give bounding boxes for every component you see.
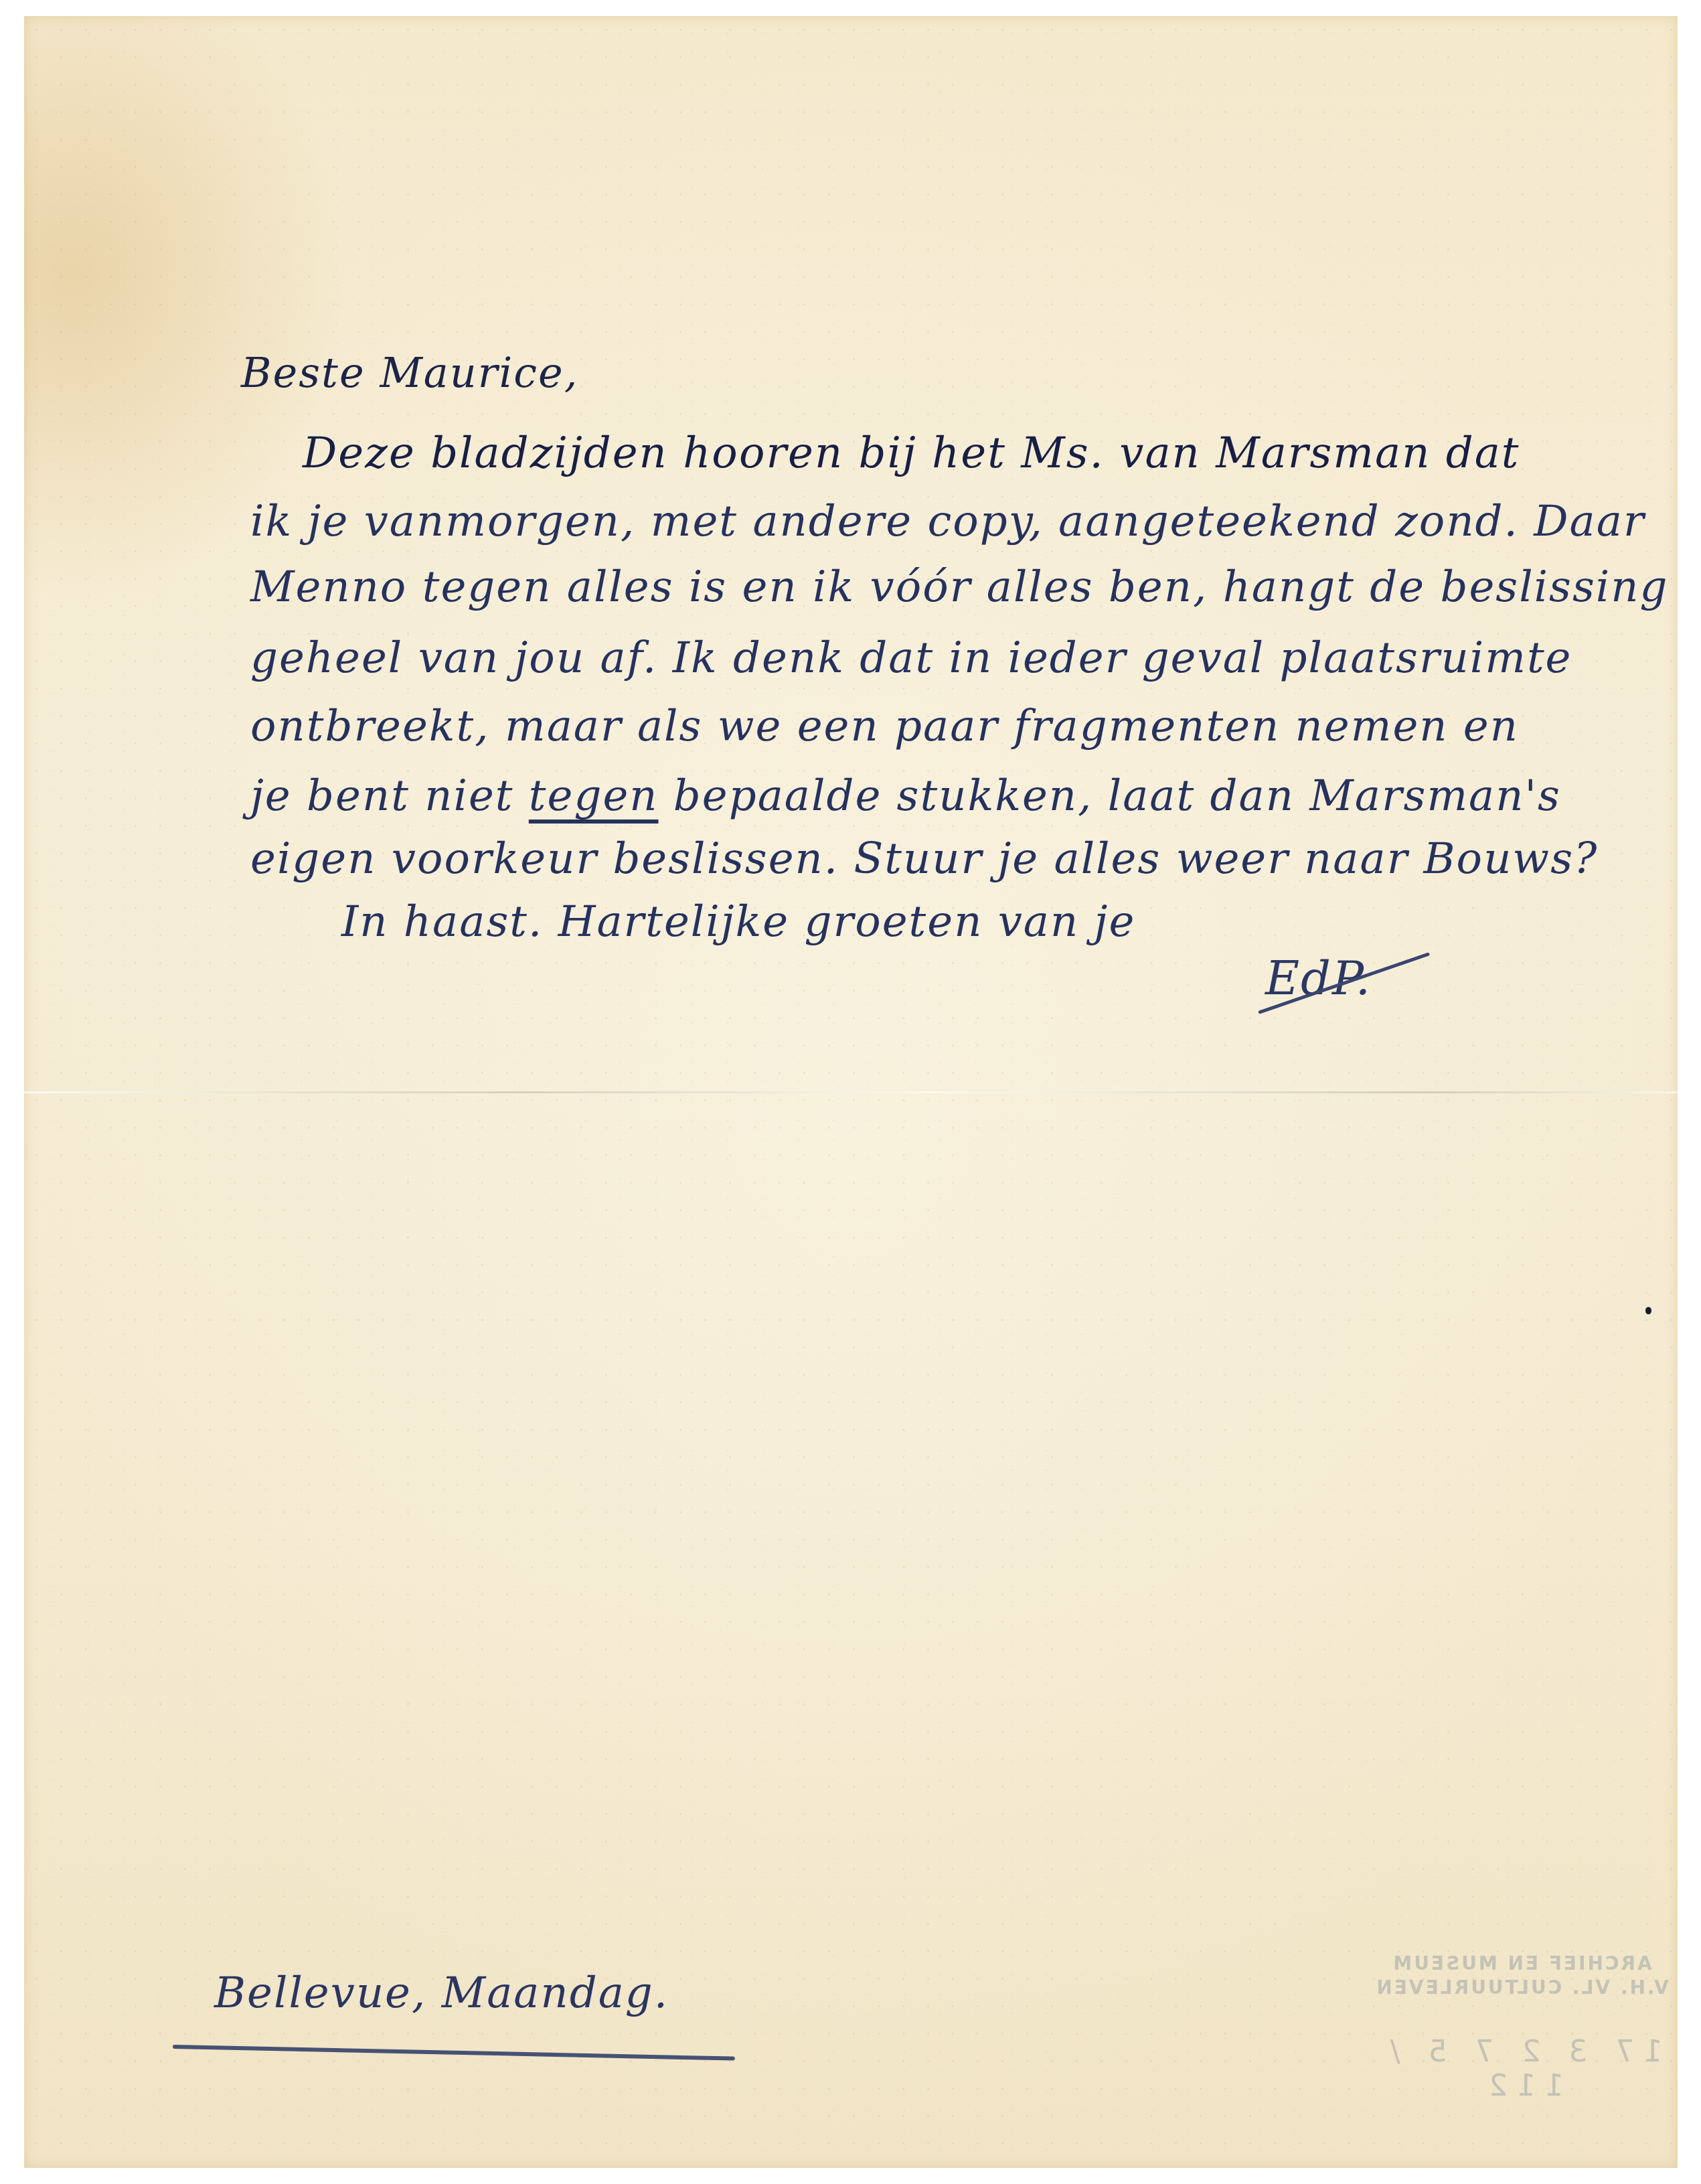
archive-stamp-bleedthrough: ARCHIEF EN MUSEUM V.H. VL. CULTUURLEVEN … (1342, 1952, 1701, 2103)
letter-paper (24, 16, 1678, 2168)
stamp-line-1: ARCHIEF EN MUSEUM (1342, 1952, 1701, 1976)
place-date: Bellevue, Maandag. (214, 1968, 669, 2018)
ink-spot (1645, 1307, 1651, 1314)
letter-line-5: ontbreekt, maar als we een paar fragment… (250, 702, 1519, 751)
stamp-line-2: V.H. VL. CULTUURLEVEN (1342, 1976, 1701, 2000)
letter-line-1: Deze bladzijden hooren bij het Ms. van M… (303, 428, 1520, 478)
salutation: Beste Maurice, (241, 348, 578, 397)
letter-line-3: Menno tegen alles is en ik vóór alles be… (250, 562, 1668, 612)
closing-line: In haast. Hartelijke groeten van je (341, 897, 1135, 947)
letter-line-6-rest: bepaalde stukken, laat dan Marsman's (658, 771, 1560, 821)
letter-line-4: geheel van jou af. Ik denk dat in ieder … (250, 633, 1572, 683)
letter-line-2: ik je vanmorgen, met andere copy, aanget… (250, 497, 1645, 546)
letter-line-7: eigen voorkeur beslissen. Stuur je alles… (250, 834, 1598, 884)
paper-fold-crease (24, 1091, 1678, 1093)
underlined-word: tegen (529, 771, 659, 821)
letter-line-6: je bent niet tegen bepaalde stukken, laa… (250, 771, 1561, 821)
letter-line-6-start: je bent niet (250, 771, 529, 821)
stamp-number: 17 3 2 7 5 / 112 (1342, 2035, 1701, 2103)
